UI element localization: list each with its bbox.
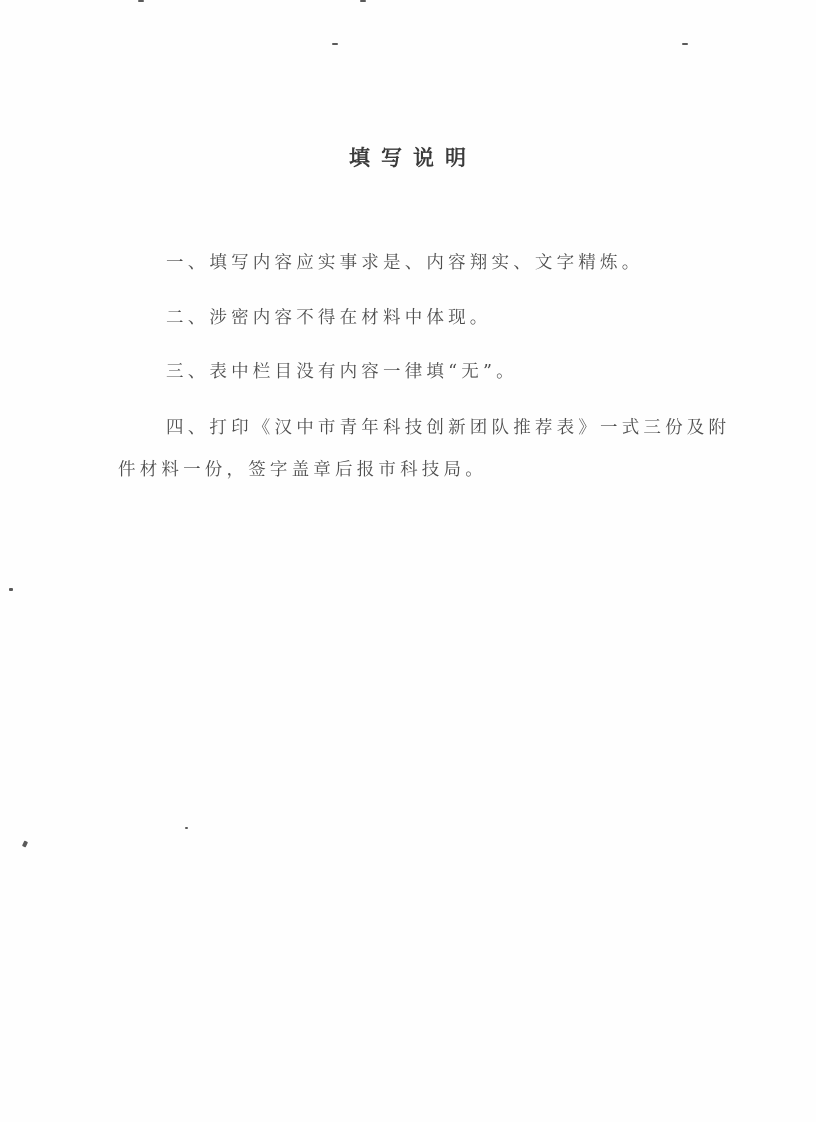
- scan-speck: [682, 43, 688, 45]
- item-number: 二、: [166, 308, 209, 328]
- instruction-item-4-line-1: 四、打印《汉中市青年科技创新团队推荐表》一式三份及附: [118, 418, 718, 438]
- scan-speck: [138, 0, 144, 2]
- instruction-item-3: 三、表中栏目没有内容一律填“无”。: [118, 362, 718, 382]
- scan-speck: [360, 0, 366, 2]
- document-page: 填写说明 一、填写内容应实事求是、内容翔实、文字精炼。 二、涉密内容不得在材料中…: [0, 0, 816, 1122]
- scan-speck: [185, 827, 188, 829]
- item-text: 件材料一份，签字盖章后报市科技局。: [118, 460, 487, 480]
- item-text: 涉密内容不得在材料中体现。: [209, 308, 491, 328]
- item-number: 三、: [166, 362, 209, 382]
- item-number: 四、: [166, 418, 209, 438]
- scan-speck: [9, 588, 13, 591]
- item-text: 打印《汉中市青年科技创新团队推荐表》一式三份及附: [209, 418, 730, 438]
- scan-speck: [332, 43, 338, 45]
- instruction-item-2: 二、涉密内容不得在材料中体现。: [118, 308, 718, 328]
- page-title: 填写说明: [0, 142, 816, 172]
- item-text: 填写内容应实事求是、内容翔实、文字精炼。: [209, 253, 643, 273]
- instruction-item-1: 一、填写内容应实事求是、内容翔实、文字精炼。: [118, 253, 718, 273]
- item-number: 一、: [166, 253, 209, 273]
- scan-speck: [22, 840, 28, 847]
- item-text: 表中栏目没有内容一律填“无”。: [209, 362, 517, 382]
- instruction-item-4-line-2: 件材料一份，签字盖章后报市科技局。: [118, 460, 718, 480]
